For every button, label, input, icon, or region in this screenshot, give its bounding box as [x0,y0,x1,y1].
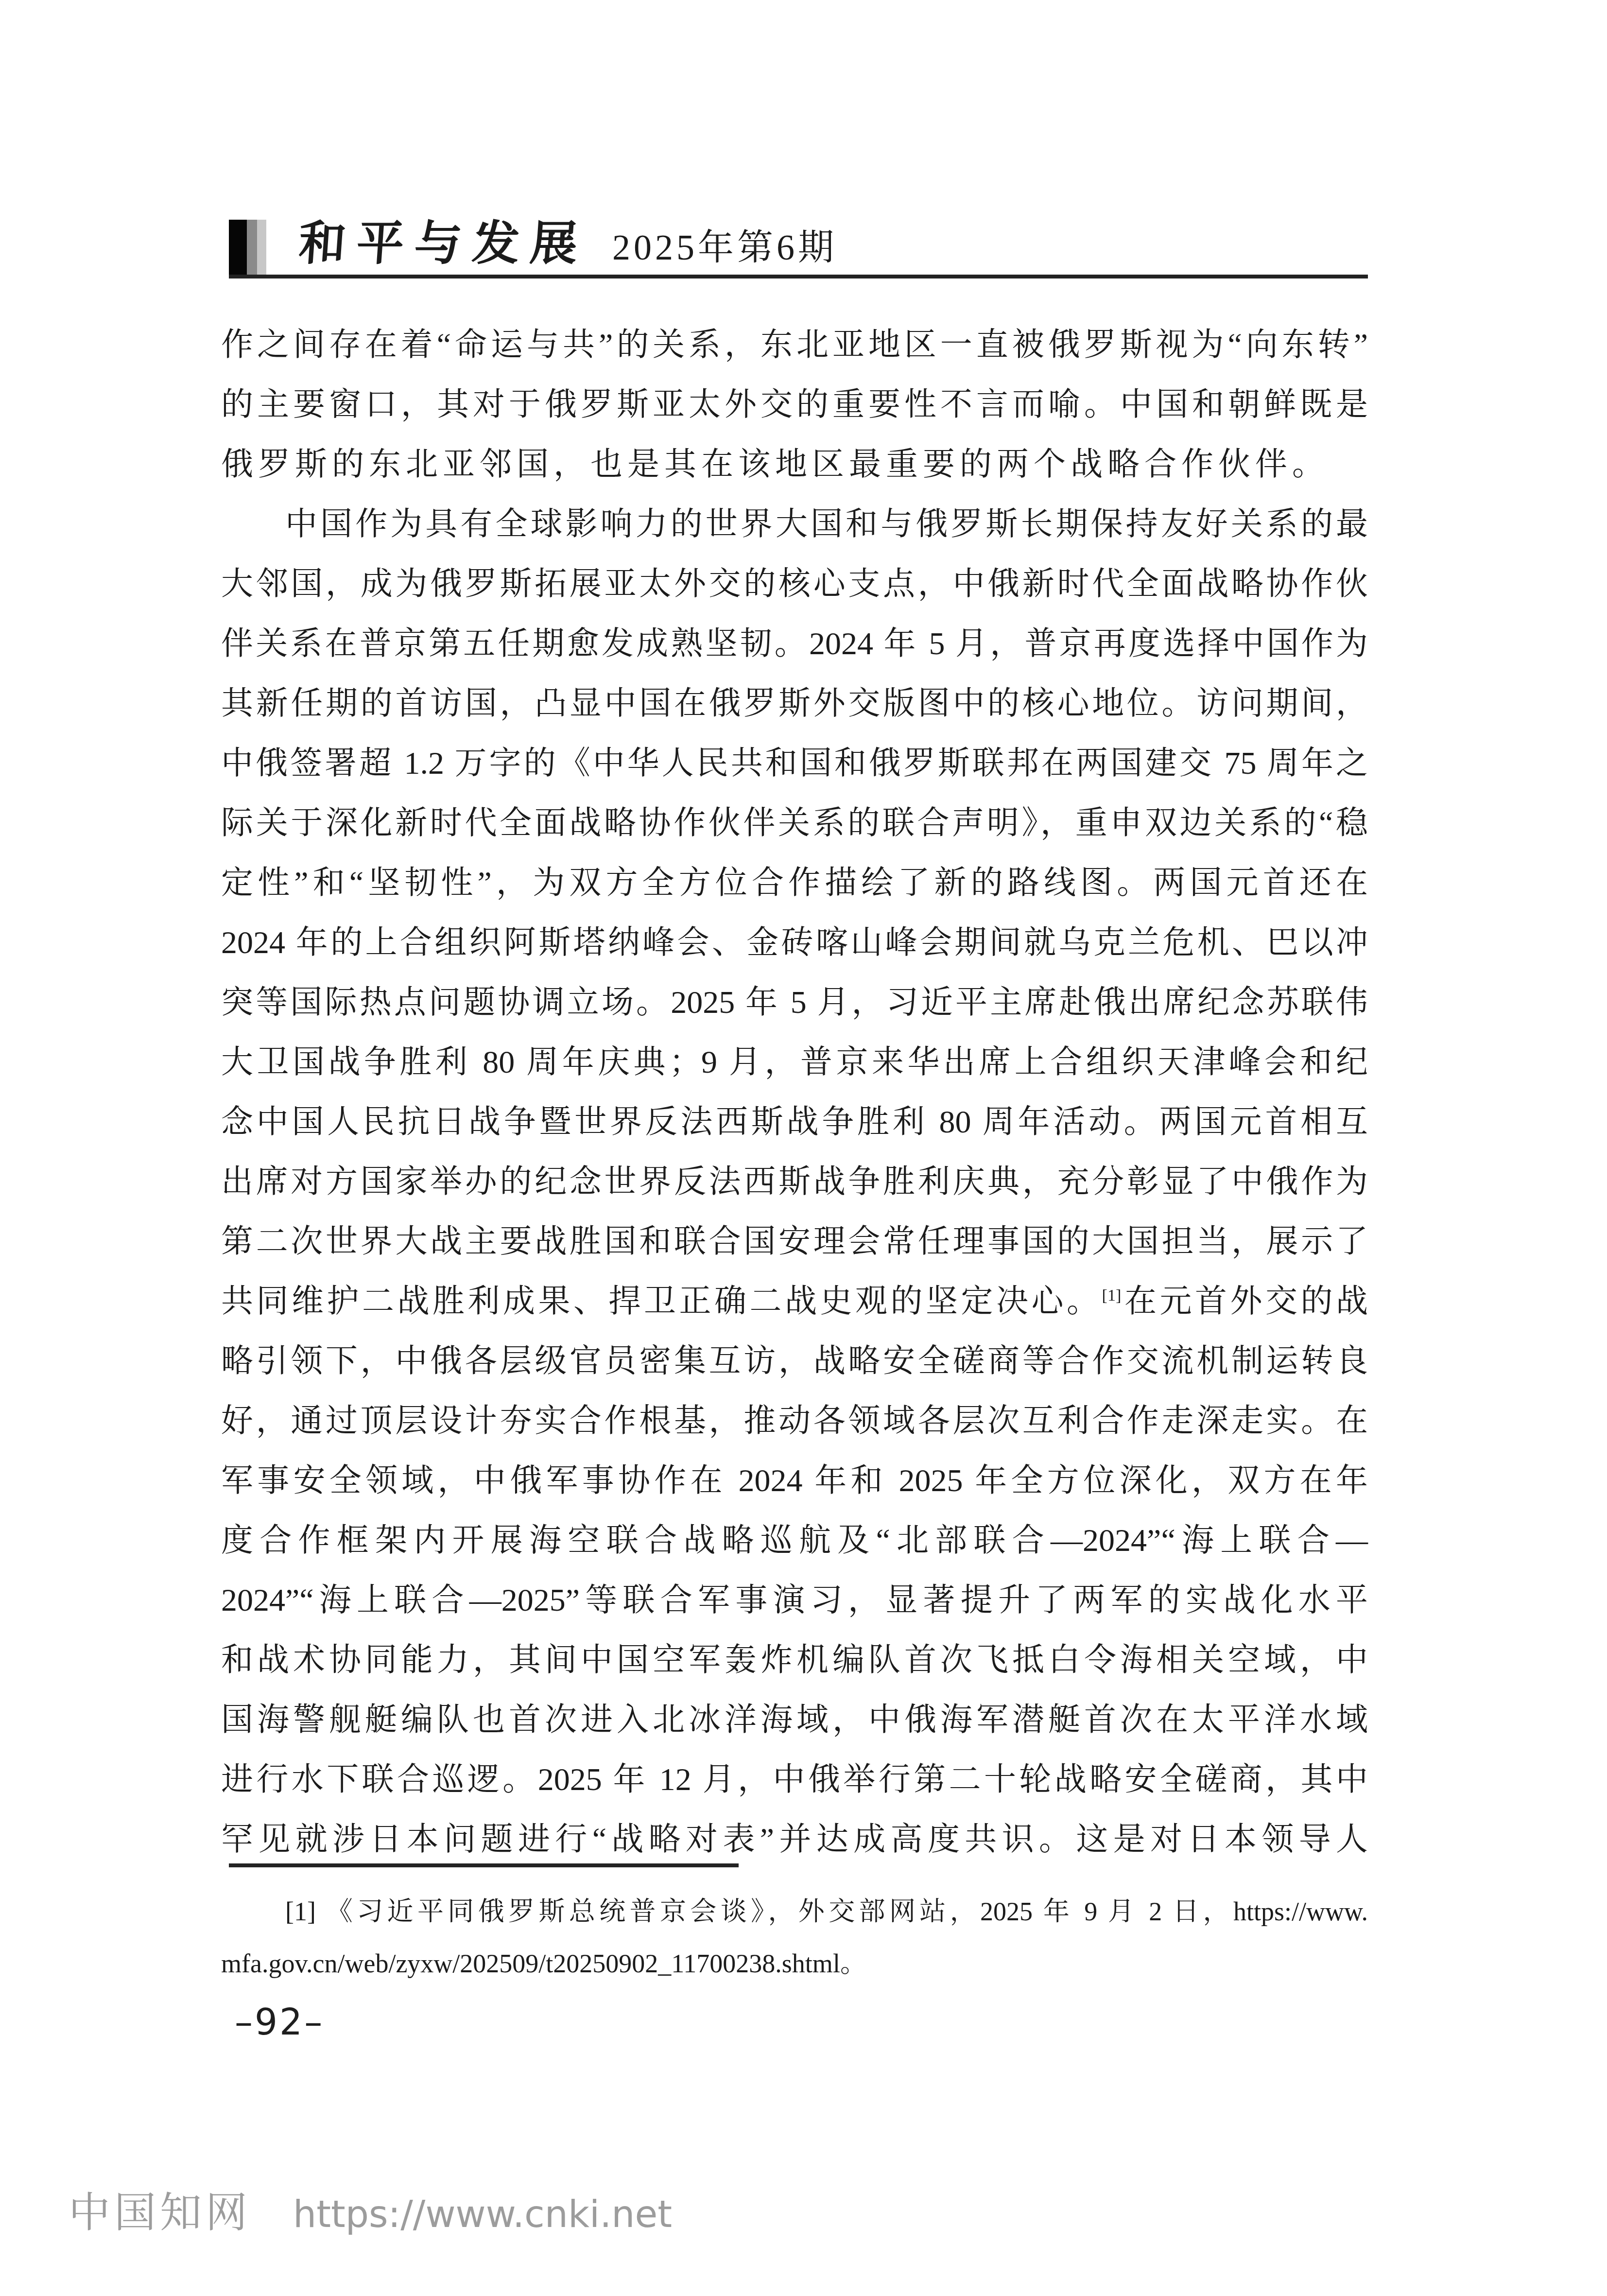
body-line-text: 大邻国，成为俄罗斯拓展亚太外交的核心支点，中俄新时代全面战略协作伙 [221,566,1368,602]
journal-page: 和平与发展 2025年第6期 作之间存在着“命运与共”的关系，东北亚地区一直被俄… [0,0,1607,2296]
accent-bar-gray [247,220,257,275]
issue-label: 2025年第6期 [612,219,837,277]
footnote-line: mfa.gov.cn/web/zyxw/202509/t20250902_117… [221,1938,1368,1990]
footnote-separator [229,1863,739,1867]
body-line: 定性”和“坚韧性”，为双方全方位合作描绘了新的路线图。两国元首还在 [221,853,1368,913]
body-line-text: 国海警舰艇编队也首次进入北冰洋海域，中俄海军潜艇首次在太平洋水域 [221,1702,1368,1738]
body-line-text: 度合作框架内开展海空联合战略巡航及“北部联合—2024”“海上联合— [221,1523,1368,1558]
body-line: 作之间存在着“命运与共”的关系，东北亚地区一直被俄罗斯视为“向东转” [221,315,1368,375]
body-line-text: 略引领下，中俄各层级官员密集互访，战略安全磋商等合作交流机制运转良 [221,1343,1368,1379]
body-line-text: 出席对方国家举办的纪念世界反法西斯战争胜利庆典，充分彰显了中俄作为 [221,1164,1368,1200]
body-line: 中俄签署超 1.2 万字的《中华人民共和国和俄罗斯联邦在两国建交 75 周年之 [221,733,1368,793]
body-line: 出席对方国家举办的纪念世界反法西斯战争胜利庆典，充分彰显了中俄作为 [221,1152,1368,1212]
body-line: 2024”“海上联合—2025”等联合军事演习，显著提升了两军的实战化水平 [221,1570,1368,1630]
body-line-text: 念中国人民抗日战争暨世界反法西斯战争胜利 80 周年活动。两国元首相互 [221,1104,1368,1140]
body-line: 罕见就涉日本问题进行“战略对表”并达成高度共识。这是对日本领导人 [221,1809,1368,1869]
body-line: 念中国人民抗日战争暨世界反法西斯战争胜利 80 周年活动。两国元首相互 [221,1092,1368,1152]
body-line-text: 际关于深化新时代全面战略协作伙伴关系的联合声明》，重申双边关系的“稳 [221,805,1368,841]
body-line-text: 中俄签署超 1.2 万字的《中华人民共和国和俄罗斯联邦在两国建交 75 周年之 [221,746,1368,781]
body-line: 略引领下，中俄各层级官员密集互访，战略安全磋商等合作交流机制运转良 [221,1331,1368,1391]
body-line: 俄罗斯的东北亚邻国，也是其在该地区最重要的两个战略合作伙伴。 [221,435,1368,494]
body-line: 共同维护二战胜利成果、捍卫正确二战史观的坚定决心。[1]在元首外交的战 [221,1271,1368,1331]
body-line-text: 第二次世界大战主要战胜国和联合国安理会常任理事国的大国担当，展示了 [221,1224,1368,1259]
body-line-text: 进行水下联合巡逻。2025 年 12 月，中俄举行第二十轮战略安全磋商，其中 [221,1762,1368,1797]
body-line: 度合作框架内开展海空联合战略巡航及“北部联合—2024”“海上联合— [221,1511,1368,1570]
body-line-text: 2024”“海上联合—2025”等联合军事演习，显著提升了两军的实战化水平 [221,1583,1368,1618]
accent-bar-light [257,220,266,275]
body-line-text: 作之间存在着“命运与共”的关系，东北亚地区一直被俄罗斯视为“向东转” [221,327,1368,363]
cnki-watermark: 中国知网 https://www.cnki.net [69,2186,1526,2241]
body-line: 国海警舰艇编队也首次进入北冰洋海域，中俄海军潜艇首次在太平洋水域 [221,1690,1368,1750]
body-line: 2024 年的上合组织阿斯塔纳峰会、金砖喀山峰会期间就乌克兰危机、巴以冲 [221,913,1368,973]
body-line: 的主要窗口，其对于俄罗斯亚太外交的重要性不言而喻。中国和朝鲜既是 [221,375,1368,435]
body-line: 突等国际热点问题协调立场。2025 年 5 月，习近平主席赴俄出席纪念苏联伟 [221,973,1368,1032]
body-line-text: 好，通过顶层设计夯实合作根基，推动各领域各层次互利合作走深走实。在 [221,1403,1368,1439]
body-line-text: 伴关系在普京第五任期愈发成熟坚韧。2024 年 5 月，普京再度选择中国作为 [221,626,1368,661]
body-line: 进行水下联合巡逻。2025 年 12 月，中俄举行第二十轮战略安全磋商，其中 [221,1750,1368,1809]
page-number: –92– [235,2001,324,2043]
body-line: 好，通过顶层设计夯实合作根基，推动各领域各层次互利合作走深走实。在 [221,1391,1368,1451]
body-line-text: 其新任期的首访国，凸显中国在俄罗斯外交版图中的核心地位。访问期间， [221,686,1368,721]
body-line: 第二次世界大战主要战胜国和联合国安理会常任理事国的大国担当，展示了 [221,1212,1368,1271]
body-line: 际关于深化新时代全面战略协作伙伴关系的联合声明》，重申双边关系的“稳 [221,793,1368,853]
body-line: 大邻国，成为俄罗斯拓展亚太外交的核心支点，中俄新时代全面战略协作伙 [221,554,1368,614]
body-line: 中国作为具有全球影响力的世界大国和与俄罗斯长期保持友好关系的最 [221,494,1368,554]
cnki-url: https://www.cnki.net [293,2188,672,2241]
body-line-text: 定性”和“坚韧性”，为双方全方位合作描绘了新的路线图。两国元首还在 [221,865,1368,901]
body-line-text: 大卫国战争胜利 80 周年庆典；9 月，普京来华出席上合组织天津峰会和纪 [221,1044,1368,1080]
body-line-text: 在元首外交的战 [1122,1284,1368,1319]
body-line: 其新任期的首访国，凸显中国在俄罗斯外交版图中的核心地位。访问期间， [221,674,1368,733]
body-line-text: 和战术协同能力，其间中国空军轰炸机编队首次飞抵白令海相关空域，中 [221,1642,1368,1678]
body-line: 伴关系在普京第五任期愈发成熟坚韧。2024 年 5 月，普京再度选择中国作为 [221,614,1368,674]
body-line-text: 的主要窗口，其对于俄罗斯亚太外交的重要性不言而喻。中国和朝鲜既是 [221,387,1368,422]
body-line-text: 中国作为具有全球影响力的世界大国和与俄罗斯长期保持友好关系的最 [285,506,1368,542]
header-rule [229,275,1368,278]
body-line: 和战术协同能力，其间中国空军轰炸机编队首次飞抵白令海相关空域，中 [221,1630,1368,1690]
body-line-text: 共同维护二战胜利成果、捍卫正确二战史观的坚定决心。 [221,1284,1102,1319]
body-line-text: 军事安全领域，中俄军事协作在 2024 年和 2025 年全方位深化，双方在年 [221,1463,1368,1498]
footnote-ref: [1] [1102,1286,1122,1305]
journal-name: 和平与发展 [297,215,590,273]
body-line-text: 罕见就涉日本问题进行“战略对表”并达成高度共识。这是对日本领导人 [221,1822,1368,1857]
body-line-text: 突等国际热点问题协调立场。2025 年 5 月，习近平主席赴俄出席纪念苏联伟 [221,985,1368,1020]
footnote: [1] 《习近平同俄罗斯总统普京会谈》，外交部网站，2025 年 9 月 2 日… [221,1886,1368,1990]
body-line: 大卫国战争胜利 80 周年庆典；9 月，普京来华出席上合组织天津峰会和纪 [221,1032,1368,1092]
cnki-site-name: 中国知网 [69,2186,251,2240]
page-header: 和平与发展 2025年第6期 [299,215,837,277]
body-line-text: 俄罗斯的东北亚邻国，也是其在该地区最重要的两个战略合作伙伴。 [221,447,1329,482]
footnote-line: [1] 《习近平同俄罗斯总统普京会谈》，外交部网站，2025 年 9 月 2 日… [221,1886,1368,1938]
body-line-text: 2024 年的上合组织阿斯塔纳峰会、金砖喀山峰会期间就乌克兰危机、巴以冲 [221,925,1368,960]
header-accent-bars [229,220,266,275]
body-line: 军事安全领域，中俄军事协作在 2024 年和 2025 年全方位深化，双方在年 [221,1451,1368,1511]
body-paragraphs: 作之间存在着“命运与共”的关系，东北亚地区一直被俄罗斯视为“向东转”的主要窗口，… [221,315,1368,1869]
accent-bar-black [229,220,247,275]
